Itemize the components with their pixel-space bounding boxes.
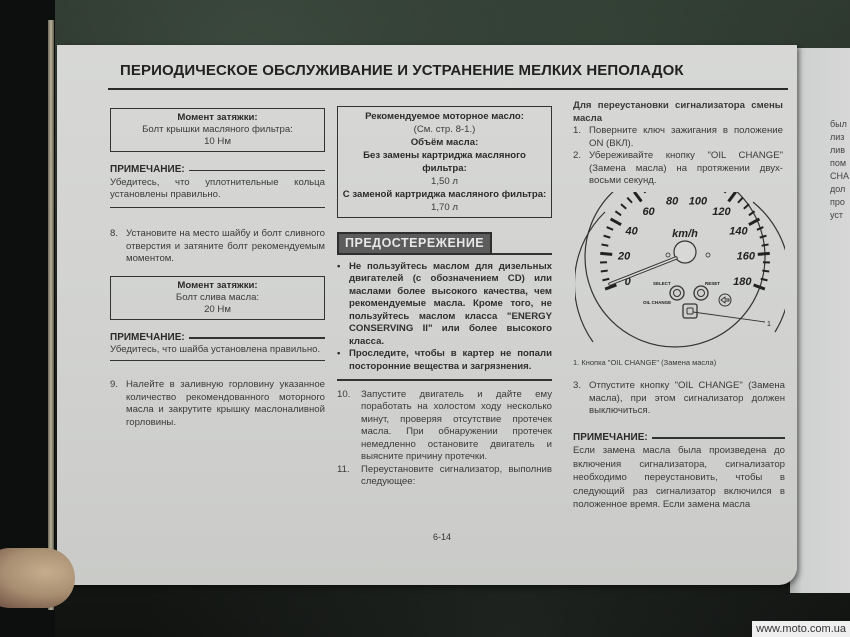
watermark: www.moto.com.ua [752, 621, 850, 637]
step-11: 11.Переустановите сигнализатор, выполнив… [337, 464, 552, 489]
svg-text:20: 20 [617, 250, 631, 262]
with-filter-label: С заменой картриджа масляного фильтра: [343, 189, 546, 200]
thumb [0, 548, 75, 608]
right-step-3: 3.Отпустите кнопку "OIL CHANGE" (Замена … [573, 380, 785, 418]
svg-text:60: 60 [642, 206, 655, 218]
book-cover-edge [48, 20, 54, 610]
torque-item: Болт крышки масляного фильтра: [115, 124, 320, 136]
right-column: Для переустановки сигнализатора смены ма… [573, 100, 783, 188]
svg-text:80: 80 [666, 195, 679, 207]
figure-caption: 1. Кнопка "OIL CHANGE" (Замена масла) [573, 357, 783, 370]
middle-column: Рекомендуемое моторное масло: (См. стр. … [337, 106, 552, 489]
reset-heading: Для переустановки сигнализатора смены ма… [573, 100, 783, 125]
with-filter-value: 1,70 л [342, 201, 547, 214]
warning-label: ПРЕДОСТЕРЕЖЕНИЕ [337, 232, 492, 255]
note-heading: ПРИМЕЧАНИЕ: [110, 332, 325, 345]
page-title: ПЕРИОДИЧЕСКОЕ ОБСЛУЖИВАНИЕ И УСТРАНЕНИЕ … [120, 62, 684, 79]
svg-text:120: 120 [712, 206, 731, 218]
warning-bullet: •Не пользуйтесь маслом для дизельных дви… [337, 261, 552, 349]
svg-text:180: 180 [733, 276, 752, 288]
svg-text:100: 100 [689, 195, 708, 207]
warning-header: ПРЕДОСТЕРЕЖЕНИЕ [337, 232, 552, 255]
torque-value: 20 Нм [115, 304, 320, 316]
speed-unit: km/h [672, 228, 698, 240]
select-label: SELECT [653, 281, 671, 286]
note-heading: ПРИМЕЧАНИЕ: [573, 432, 785, 445]
oil-change-button [683, 304, 697, 318]
step-10: 10.Запустите двигатель и дайте ему пораб… [337, 389, 552, 464]
note-heading: ПРИМЕЧАНИЕ: [110, 164, 325, 177]
note-text: Убедитесь, что уплотнительные кольца уст… [110, 177, 325, 202]
torque-box-drain: Момент затяжки: Болт слива масла: 20 Нм [110, 276, 325, 320]
callout-line [693, 312, 765, 322]
torque-item: Болт слива масла: [115, 292, 320, 304]
right-column-lower: 3.Отпустите кнопку "OIL CHANGE" (Замена … [573, 380, 785, 512]
note-text: Если замена масла была произведена до вк… [573, 444, 785, 512]
svg-text:40: 40 [624, 226, 638, 238]
step-8: 8.Установите на место шайбу и болт сливн… [110, 228, 325, 266]
select-button [670, 286, 684, 300]
left-column: Момент затяжки: Болт крышки масляного фи… [110, 108, 325, 429]
next-page-fragment: быллизливпомСНАдолпроуст [830, 118, 849, 222]
oil-spec-ref: (См. стр. 8-1.) [342, 123, 547, 136]
without-filter-label: Без замены картриджа масляного фильтра: [363, 150, 526, 174]
oil-spec-box: Рекомендуемое моторное масло: (См. стр. … [337, 106, 552, 218]
step-9: 9.Налейте в заливную горловину указанное… [110, 379, 325, 429]
outer-bezel-left [575, 212, 605, 342]
oil-volume-heading: Объём масла: [411, 137, 479, 148]
reset-label: RESET [705, 281, 720, 286]
warning-bullet: •Проследите, чтобы в картер не попали по… [337, 348, 552, 373]
svg-text:140: 140 [729, 226, 748, 238]
reset-button [694, 286, 708, 300]
torque-heading: Момент затяжки: [177, 280, 257, 291]
left-shadow [0, 0, 55, 637]
note-text: Убедитесь, что шайба установлена правиль… [110, 344, 325, 357]
without-filter-value: 1,50 л [342, 175, 547, 188]
right-step-2: 2.Убереживайте кнопку "OIL CHANGE" (Заме… [573, 150, 783, 188]
torque-value: 10 Нм [115, 136, 320, 148]
page-number: 6-14 [433, 532, 451, 542]
right-step-1: 1.Поверните ключ зажигания в положение O… [573, 125, 783, 150]
torque-box-filter: Момент затяжки: Болт крышки масляного фи… [110, 108, 325, 152]
svg-text:160: 160 [737, 250, 756, 262]
oil-change-label: OIL CHANGE [643, 300, 671, 305]
title-divider [108, 88, 788, 90]
oil-spec-heading: Рекомендуемое моторное масло: [365, 111, 524, 122]
torque-heading: Момент затяжки: [177, 112, 257, 123]
speedometer-illustration: 020406080100120140160180 km/h SELECT RES… [575, 192, 785, 352]
callout-number: 1 [767, 321, 771, 328]
dial-rim [585, 192, 765, 347]
needle-hub [674, 241, 696, 263]
